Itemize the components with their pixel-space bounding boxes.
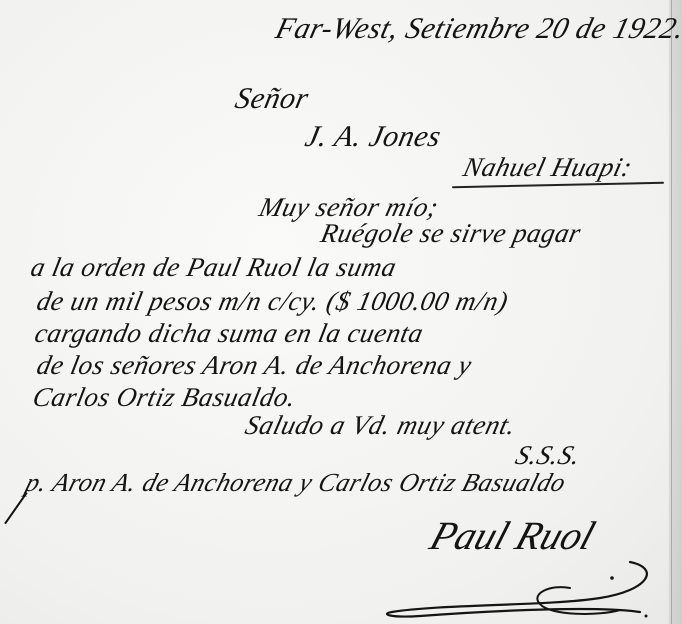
body-line-4: cargando dicha suma en la cuenta — [32, 318, 426, 349]
body-line-1: Ruégole se sirve pagar — [318, 218, 584, 249]
body-line-5: de los señores Aron A. de Anchorena y — [34, 350, 475, 381]
salutation-title: Señor — [232, 82, 312, 116]
body-line-3: de un mil pesos m/n c/cy. ($ 1000.00 m/n… — [34, 286, 511, 317]
signature-flourish — [380, 540, 680, 624]
body-line-6: Carlos Ortiz Basualdo. — [30, 382, 299, 413]
p-descender-stroke — [4, 492, 27, 524]
body-line-2: a la orden de Paul Ruol la suma — [28, 252, 399, 283]
recipient-name: J. A. Jones — [302, 120, 444, 154]
closing-abbrev: S.S.S. — [512, 440, 585, 471]
closing: Saludo a Vd. muy atent. — [242, 410, 519, 441]
recipient-location: Nahuel Huapi: — [460, 152, 635, 183]
letter-page: Far-West, Setiembre 20 de 1922. Señor J.… — [0, 0, 682, 624]
on-behalf-of: p. Aron A. de Anchorena y Carlos Ortiz B… — [22, 468, 569, 498]
page-edge — [671, 0, 672, 624]
place-date: Far-West, Setiembre 20 de 1922. — [272, 12, 682, 46]
